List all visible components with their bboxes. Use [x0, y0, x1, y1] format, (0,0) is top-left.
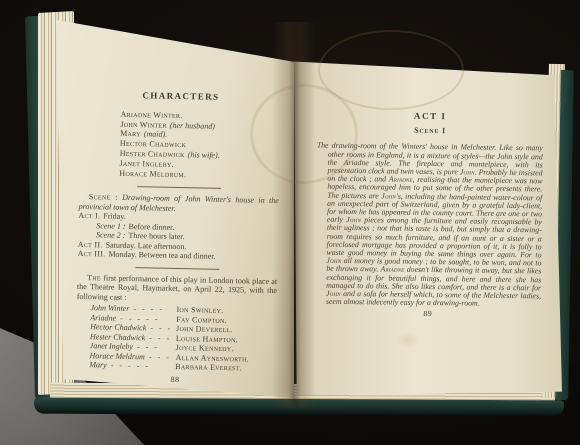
- act-label: Act I.: [78, 211, 100, 220]
- cast-list: John Winter- - - -Ion Swinley. Ariadne- …: [75, 303, 276, 374]
- character-note: (her husband): [170, 120, 215, 130]
- act-text: Monday. Between tea and dinner.: [108, 250, 215, 261]
- right-page-content: ACT I Scene I The drawing-room of the Wi…: [315, 111, 544, 320]
- left-page-content: CHARACTERS Ariadne Winter. John Winter(h…: [75, 90, 281, 387]
- performance-lead: The: [87, 273, 101, 282]
- character-item: Horace Meldrum.: [119, 169, 279, 182]
- scene-heading: Scene I: [317, 126, 543, 137]
- character-name: John Winter: [120, 119, 167, 129]
- character-name: Hector Chadwick: [120, 139, 186, 149]
- character-name: Janet Ingleby.: [119, 159, 173, 169]
- character-name: Mary: [120, 129, 141, 138]
- section-divider: [137, 186, 221, 189]
- stage-direction: The drawing-room of the Winters' house i…: [315, 142, 543, 309]
- character-name-smallcaps: Ariadne: [380, 265, 404, 274]
- character-name-smallcaps: John: [346, 215, 361, 224]
- scene-label: Scene :: [89, 192, 118, 202]
- leader-dashes: - - - - -: [107, 361, 176, 372]
- character-name: Horace Meldrum.: [119, 169, 186, 179]
- performance-text: first performance of this play in London…: [77, 273, 278, 302]
- scene-label: Scene 2 :: [96, 230, 126, 240]
- character-note: (his wife).: [188, 150, 220, 160]
- character-name: Ariadne Winter.: [120, 109, 182, 119]
- character-note: (maid).: [144, 130, 168, 139]
- cast-actor: Barbara Everest.: [175, 362, 275, 374]
- cast-role: Ariadne: [90, 313, 116, 323]
- cast-role: Mary: [89, 361, 107, 371]
- book-photograph: CHARACTERS Ariadne Winter. John Winter(h…: [0, 0, 580, 445]
- character-name-smallcaps: John: [326, 256, 341, 265]
- character-list: Ariadne Winter. John Winter(her husband)…: [79, 109, 280, 183]
- character-name-smallcaps: John: [326, 289, 341, 298]
- book-cover-bottom-edge: [34, 398, 564, 417]
- performance-note: The first performance of this play in Lo…: [77, 273, 278, 306]
- character-name-smallcaps: Ariadne: [389, 175, 413, 184]
- act-heading: ACT I: [317, 111, 543, 122]
- scene-text: Before dinner.: [128, 222, 174, 232]
- character-name-smallcaps: John: [460, 167, 475, 176]
- section-divider: [135, 267, 219, 270]
- scene-label: Scene 1 :: [96, 221, 126, 231]
- act-text: Friday.: [103, 212, 126, 221]
- character-name: Hester Chadwick: [120, 149, 185, 159]
- scene-text: Three hours later.: [128, 231, 184, 241]
- character-name-smallcaps: John: [381, 191, 396, 200]
- act-label: Act III.: [78, 249, 106, 259]
- act-label: Act II.: [78, 240, 103, 250]
